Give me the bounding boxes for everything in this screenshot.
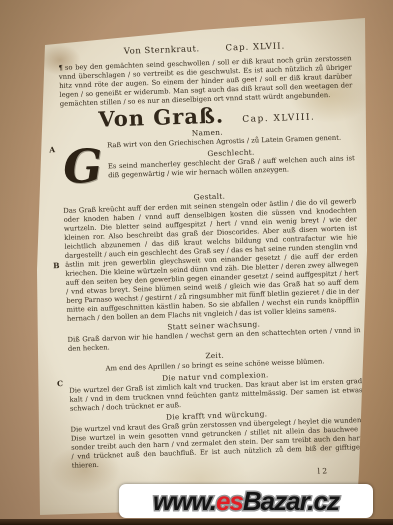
watermark-highlight: es — [216, 486, 243, 517]
signature-mark: l 2 — [317, 466, 327, 475]
dropcap-initial-g: G — [61, 143, 105, 192]
chapter-title: Von Graß. — [98, 111, 224, 124]
photo-bottom-edge — [0, 519, 393, 525]
watermark-prefix: www. — [153, 486, 216, 517]
book-page: Von Sternkraut. Cap. XLVII. ¶so bey den … — [0, 0, 393, 525]
margin-letter-c: C — [57, 379, 63, 388]
running-head-title: Von Sternkraut. — [124, 45, 200, 57]
page-text: Von Sternkraut. Cap. XLVII. ¶so bey den … — [58, 40, 365, 483]
dropcap-zone: A G Raß wirt von den Griechischen Agrost… — [61, 133, 356, 195]
krafft-paragraph: Die wurtzel vnd kraut des Graß grün zers… — [70, 416, 364, 471]
watermark-suffix: Bazar.cz — [243, 486, 339, 517]
watermark-bar: www.esBazar.cz — [119, 484, 373, 518]
margin-letter-a: A — [49, 145, 55, 154]
gestalt-paragraph: Das Graß kreücht auff der erden mit sein… — [63, 197, 360, 324]
chapter-number: Cap. XLVIII. — [242, 114, 315, 125]
running-head-chapter: Cap. XLVII. — [225, 42, 285, 53]
gestalt-block: B Das Graß kreücht auff der erden mit se… — [63, 197, 360, 324]
margin-letter-b: B — [53, 261, 60, 270]
intro-text: so bey den gemächten seind geschwollen /… — [59, 54, 353, 108]
intro-paragraph: ¶so bey den gemächten seind geschwollen … — [58, 54, 352, 109]
